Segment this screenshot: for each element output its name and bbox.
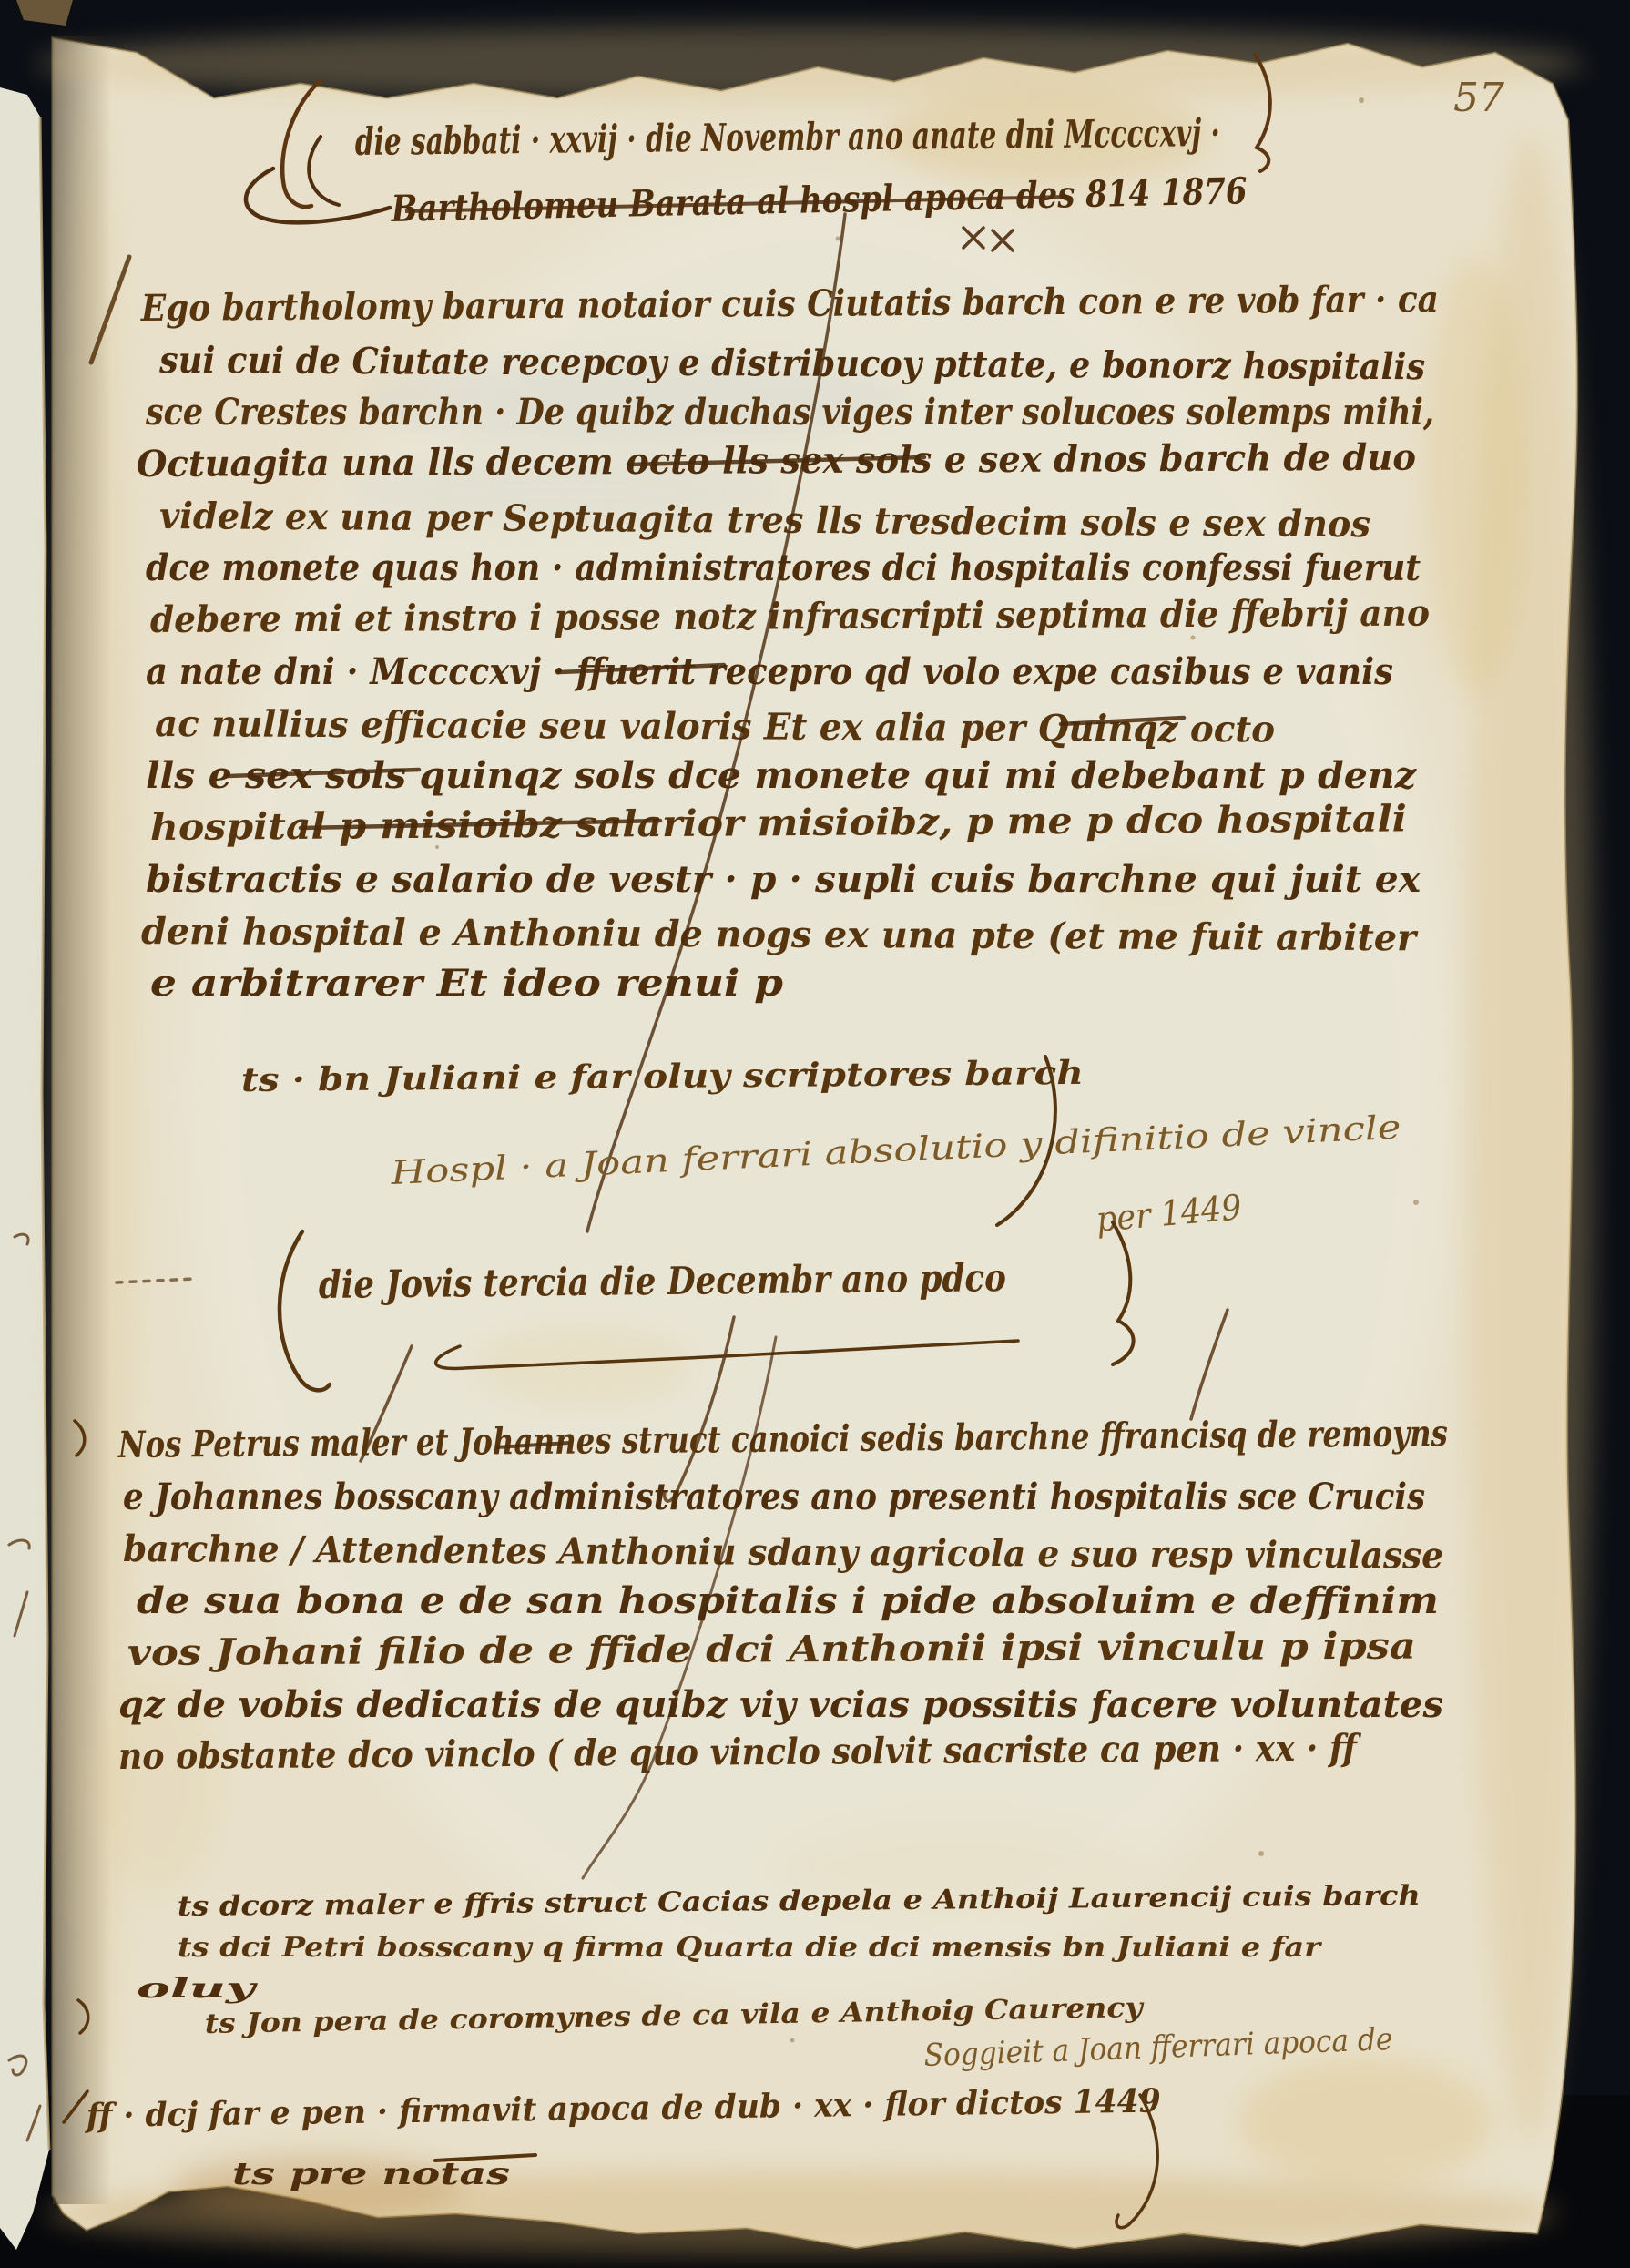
manuscript-line: no obstante dco vinclo ( de quo vinclo s… — [118, 1726, 1362, 1778]
manuscript-line: lls e sex sols quinqz sols dce monete qu… — [146, 754, 1417, 797]
manuscript-line: de sua bona e de san hospitalis i pide a… — [137, 1579, 1439, 1622]
speck — [1413, 1200, 1419, 1205]
stain-blob — [1425, 255, 1525, 692]
manuscript-line: debere mi et instro i posse notz infrasc… — [150, 592, 1430, 641]
speck — [836, 237, 840, 241]
manuscript-line: barchne / Attendentes Anthoniu sdany agr… — [123, 1527, 1443, 1578]
manuscript-line: e arbitrarer Et ideo renui p — [150, 962, 783, 1005]
manuscript-line: bistractis e salario de vestr · p · supl… — [146, 858, 1421, 901]
manuscript-scan-page: 57 die sabbati · xxvij · die Novembr ano… — [0, 0, 1630, 2268]
speck — [790, 2038, 795, 2043]
stain-blob — [1238, 2059, 1493, 2186]
manuscript-line: ac nullius efficacie seu valoris Et ex a… — [155, 702, 1275, 751]
witness-line: ts dci Petri bosscany q firma Quarta die… — [178, 1932, 1322, 1964]
manuscript-canvas: 57 die sabbati · xxvij · die Novembr ano… — [0, 0, 1630, 2268]
underlying-folio-edge — [0, 87, 49, 2250]
manuscript-line: a nate dni · Mccccxvj · ffuerit recepro … — [146, 650, 1393, 693]
manuscript-line: qz de vobis dedicatis de quibz viy vcias… — [118, 1683, 1443, 1726]
speck — [1191, 636, 1196, 640]
manuscript-line: sui cui de Ciutate recepcoy e distribuco… — [158, 339, 1425, 388]
manuscript-line: vos Johani filio de e ffide dci Anthonii… — [127, 1625, 1416, 1674]
manuscript-line: deni hospital e Anthoniu de nogs ex una … — [141, 910, 1419, 959]
manuscript-line: Ego bartholomy barura notaior cuis Ciuta… — [140, 278, 1439, 330]
manuscript-line: hospital p misioibz salarior misioibz, p… — [150, 797, 1407, 849]
entry2-date-line: die Jovis tercia die Decembr ano pdco — [319, 1255, 1006, 1307]
manuscript-line: videlz ex una per Septuagita tres lls tr… — [159, 495, 1370, 546]
top-edge-stain — [36, 26, 1584, 102]
folio-number: 57 — [1453, 75, 1504, 121]
speck — [1359, 97, 1364, 103]
header-date-line: die sabbati · xxvij · die Novembr ano an… — [355, 110, 1220, 164]
manuscript-line: sce Crestes barchn · De quibz duchas vig… — [145, 391, 1434, 434]
witness-line: ts · bn Juliani e far oluy scriptores ba… — [241, 1054, 1084, 1099]
witness-line: oluy — [137, 1973, 260, 2005]
manuscript-line: e Johannes bosscany administratores ano … — [123, 1476, 1425, 1518]
speck — [1258, 1851, 1264, 1856]
notarial-mark-line: ts pre notas — [232, 2156, 510, 2192]
